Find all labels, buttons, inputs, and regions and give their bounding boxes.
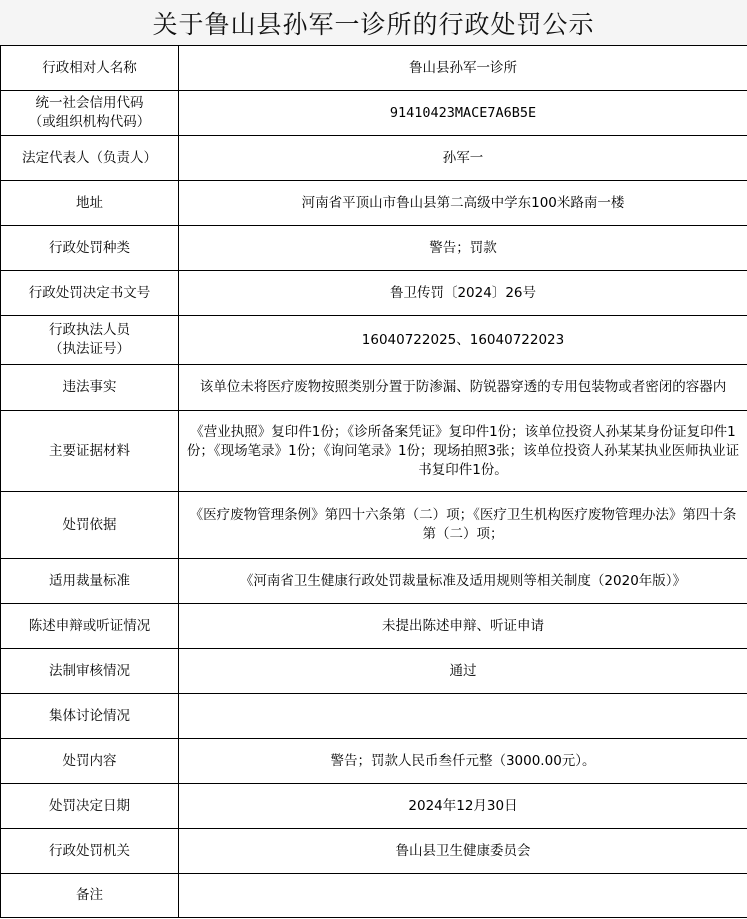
row-label-line: 行政执法人员 <box>5 321 174 340</box>
row-label: 处罚依据 <box>1 492 179 559</box>
row-label-line: （执法证号） <box>5 340 174 359</box>
row-label: 行政执法人员 （执法证号） <box>1 316 179 365</box>
row-label: 陈述申辩或听证情况 <box>1 604 179 649</box>
row-value: 《营业执照》复印件1份；《诊所备案凭证》复印件1份；该单位投资人孙某某身份证复印… <box>179 411 747 492</box>
row-label: 处罚决定日期 <box>1 784 179 829</box>
table-row: 行政处罚决定书文号 鲁卫传罚〔2024〕26号 <box>1 271 747 316</box>
table-row: 主要证据材料 《营业执照》复印件1份；《诊所备案凭证》复印件1份；该单位投资人孙… <box>1 411 747 492</box>
row-value: 未提出陈述申辩、听证申请 <box>179 604 747 649</box>
table-row: 处罚依据 《医疗废物管理条例》第四十六条第（二）项；《医疗卫生机构医疗废物管理办… <box>1 492 747 559</box>
row-label: 适用裁量标准 <box>1 559 179 604</box>
row-label: 法制审核情况 <box>1 649 179 694</box>
row-label: 主要证据材料 <box>1 411 179 492</box>
table-row: 行政执法人员 （执法证号） 16040722025、16040722023 <box>1 316 747 365</box>
row-label: 备注 <box>1 874 179 918</box>
table-row: 处罚决定日期 2024年12月30日 <box>1 784 747 829</box>
table-row: 适用裁量标准 《河南省卫生健康行政处罚裁量标准及适用规则等相关制度（2020年版… <box>1 559 747 604</box>
row-value <box>179 694 747 739</box>
row-label: 法定代表人（负责人） <box>1 136 179 181</box>
row-label: 集体讨论情况 <box>1 694 179 739</box>
table-row: 统一社会信用代码 （或组织机构代码） 91410423MACE7A6B5E <box>1 91 747 136</box>
row-value <box>179 874 747 918</box>
row-label-line: 统一社会信用代码 <box>5 94 174 113</box>
row-value: 孙军一 <box>179 136 747 181</box>
row-label: 地址 <box>1 181 179 226</box>
row-label: 行政处罚决定书文号 <box>1 271 179 316</box>
table-row: 法定代表人（负责人） 孙军一 <box>1 136 747 181</box>
row-value: 警告；罚款人民币叁仟元整（3000.00元）。 <box>179 739 747 784</box>
row-label: 违法事实 <box>1 365 179 411</box>
table-row: 行政相对人名称 鲁山县孙军一诊所 <box>1 46 747 91</box>
row-value: 16040722025、16040722023 <box>179 316 747 365</box>
table-row: 集体讨论情况 <box>1 694 747 739</box>
row-label-line: （或组织机构代码） <box>5 113 174 132</box>
row-value: 鲁卫传罚〔2024〕26号 <box>179 271 747 316</box>
table-row: 处罚内容 警告；罚款人民币叁仟元整（3000.00元）。 <box>1 739 747 784</box>
penalty-notice-table: 行政相对人名称 鲁山县孙军一诊所 统一社会信用代码 （或组织机构代码） 9141… <box>0 45 747 918</box>
row-value: 通过 <box>179 649 747 694</box>
title-bar: 关于鲁山县孙军一诊所的行政处罚公示 <box>0 0 747 46</box>
row-label: 统一社会信用代码 （或组织机构代码） <box>1 91 179 136</box>
row-value: 河南省平顶山市鲁山县第二高级中学东100米路南一楼 <box>179 181 747 226</box>
row-value: 该单位未将医疗废物按照类别分置于防渗漏、防锐器穿透的专用包装物或者密闭的容器内 <box>179 365 747 411</box>
table-row: 备注 <box>1 874 747 918</box>
table-row: 陈述申辩或听证情况 未提出陈述申辩、听证申请 <box>1 604 747 649</box>
row-value: 鲁山县孙军一诊所 <box>179 46 747 91</box>
row-label: 处罚内容 <box>1 739 179 784</box>
table-row: 行政处罚机关 鲁山县卫生健康委员会 <box>1 829 747 874</box>
row-label: 行政相对人名称 <box>1 46 179 91</box>
row-value: 鲁山县卫生健康委员会 <box>179 829 747 874</box>
row-label: 行政处罚种类 <box>1 226 179 271</box>
page-title: 关于鲁山县孙军一诊所的行政处罚公示 <box>152 5 594 41</box>
table-row: 法制审核情况 通过 <box>1 649 747 694</box>
table-row: 违法事实 该单位未将医疗废物按照类别分置于防渗漏、防锐器穿透的专用包装物或者密闭… <box>1 365 747 411</box>
row-value: 《医疗废物管理条例》第四十六条第（二）项；《医疗卫生机构医疗废物管理办法》第四十… <box>179 492 747 559</box>
table-row: 行政处罚种类 警告；罚款 <box>1 226 747 271</box>
row-value: 《河南省卫生健康行政处罚裁量标准及适用规则等相关制度（2020年版）》 <box>179 559 747 604</box>
row-value: 2024年12月30日 <box>179 784 747 829</box>
row-value: 91410423MACE7A6B5E <box>179 91 747 136</box>
table-row: 地址 河南省平顶山市鲁山县第二高级中学东100米路南一楼 <box>1 181 747 226</box>
row-label: 行政处罚机关 <box>1 829 179 874</box>
row-value: 警告；罚款 <box>179 226 747 271</box>
